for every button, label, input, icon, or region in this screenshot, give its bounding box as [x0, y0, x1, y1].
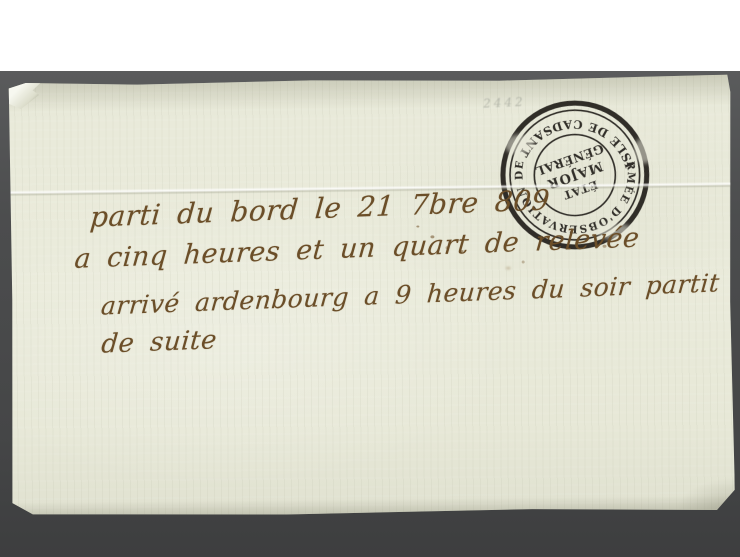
ink-speck [461, 250, 464, 252]
ink-speck [522, 261, 525, 264]
catalog-photo: { "colors": { "top_strip": "#ffffff", "b… [0, 0, 740, 557]
manuscript-line-4: de suite [100, 325, 218, 359]
ink-speck [430, 235, 434, 238]
ink-speck [446, 246, 449, 249]
ink-speck [416, 226, 419, 228]
ink-smudge [506, 267, 511, 270]
folded-letter-cover: 2442 ARMÉE D'OBSERVATION DE L' ✱ ISLE DE… [7, 75, 735, 519]
manuscript-line-3: arrivé ardenbourg a 9 heures du soir par… [100, 268, 721, 320]
ink-speck [603, 245, 607, 248]
photo-white-margin [0, 0, 740, 71]
